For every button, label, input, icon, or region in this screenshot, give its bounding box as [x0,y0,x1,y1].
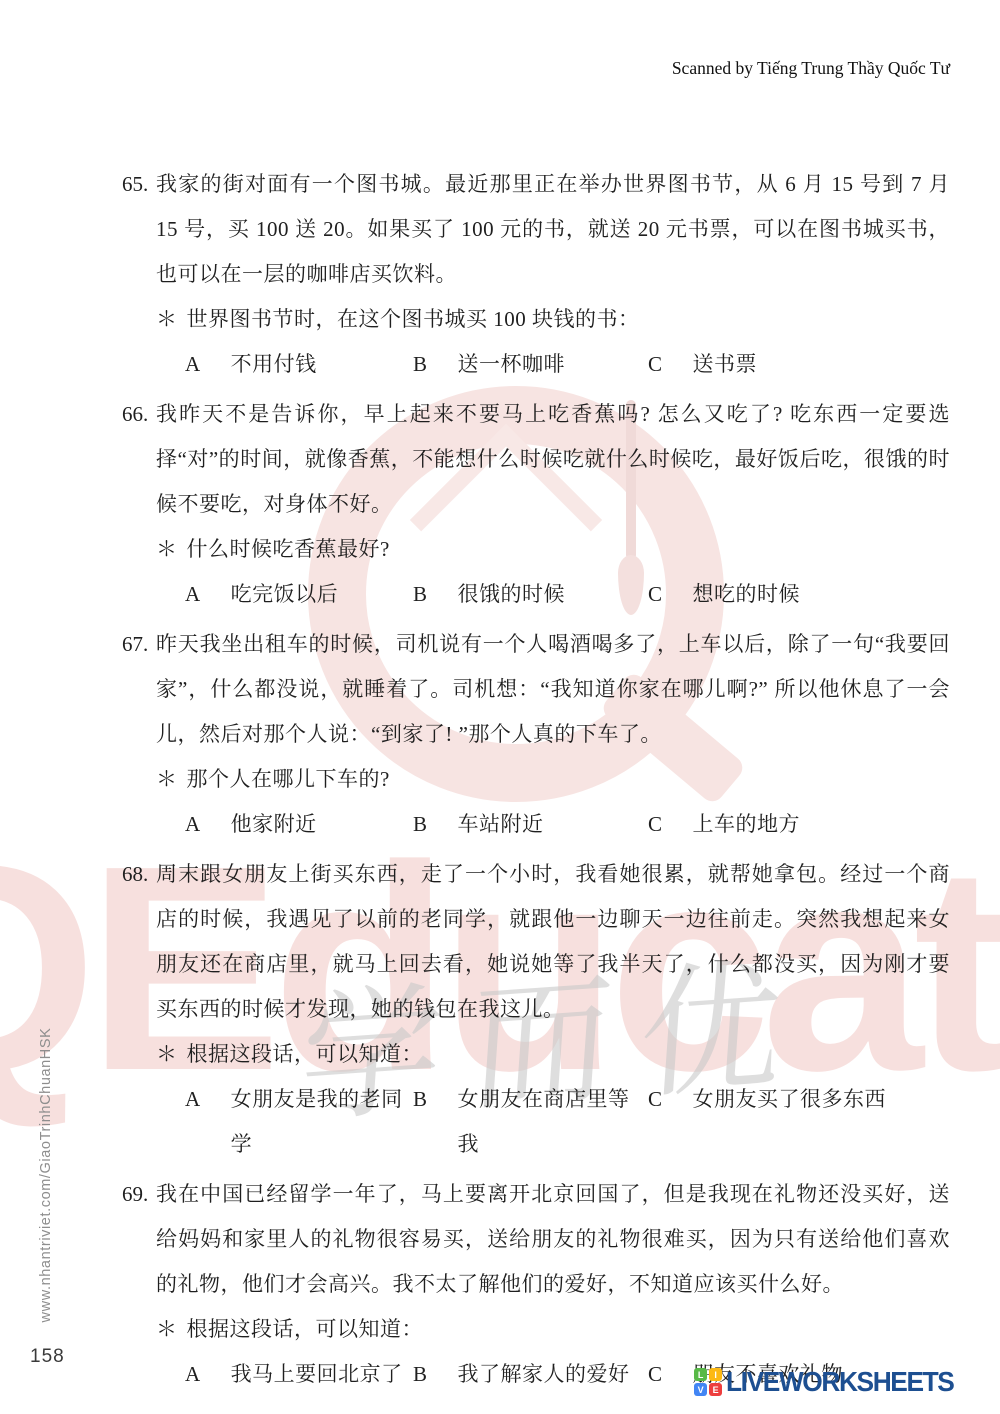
option-letter: A [185,572,201,617]
question-prompt: ＊那个人在哪儿下车的? [156,757,950,802]
option-text: 上车的地方 [693,802,801,847]
question-passage: 我家的街对面有一个图书城。最近那里正在举办世界图书节，从 6 月 15 号到 7… [156,162,950,297]
option-a: A我马上要回北京了 [185,1352,413,1397]
question-prompt: ＊世界图书节时，在这个图书城买 100 块钱的书： [156,297,950,342]
option-text: 想吃的时候 [693,572,801,617]
question-number: 67. [122,622,156,847]
options-row: A不用付钱 B送一杯咖啡 C送书票 [156,342,950,387]
prompt-text: 世界图书节时，在这个图书城买 100 块钱的书： [187,307,640,331]
questions-section: 65. 我家的街对面有一个图书城。最近那里正在举办世界图书节，从 6 月 15 … [122,162,950,1402]
option-b: B很饿的时候 [413,572,648,617]
option-text: 女朋友是我的老同学 [231,1077,413,1167]
asterisk-marker: ＊ [156,767,178,791]
option-text: 女朋友买了很多东西 [693,1077,887,1167]
scan-credit-text: Scanned by Tiếng Trung Thầy Quốc Tư [672,58,950,79]
prompt-text: 根据这段话，可以知道： [187,1042,424,1066]
question-69: 69. 我在中国已经留学一年了，马上要离开北京回国了，但是我现在礼物还没买好，送… [122,1172,950,1397]
option-c: C送书票 [648,342,757,387]
option-text: 他家附近 [231,802,317,847]
option-letter: A [185,1077,201,1167]
options-row: A他家附近 B车站附近 C上车的地方 [156,802,950,847]
option-text: 吃完饭以后 [231,572,339,617]
option-c: C上车的地方 [648,802,800,847]
option-letter: C [648,1077,663,1167]
liveworksheets-wordmark: LIVEWORKSHEETS [726,1366,953,1398]
question-65: 65. 我家的街对面有一个图书城。最近那里正在举办世界图书节，从 6 月 15 … [122,162,950,387]
question-passage: 我在中国已经留学一年了，马上要离开北京回国了，但是我现在礼物还没买好，送给妈妈和… [156,1172,950,1307]
asterisk-marker: ＊ [156,1042,178,1066]
scanned-page: { "header": { "scanned_by": "Scanned by … [0,0,1000,1414]
option-letter: B [413,1352,428,1397]
logo-square-i: I [709,1368,722,1381]
option-b: B我了解家人的爱好 [413,1352,648,1397]
question-number: 68. [122,852,156,1167]
option-c: C想吃的时候 [648,572,800,617]
liveworksheets-grid-icon: L I V E [694,1368,722,1396]
question-68: 68. 周末跟女朋友上街买东西，走了一个小时，我看她很累，就帮她拿包。经过一个商… [122,852,950,1167]
asterisk-marker: ＊ [156,307,178,331]
option-text: 女朋友在商店里等我 [458,1077,648,1167]
option-b: B车站附近 [413,802,648,847]
options-row: A吃完饭以后 B很饿的时候 C想吃的时候 [156,572,950,617]
option-text: 我了解家人的爱好 [458,1352,630,1397]
prompt-text: 什么时候吃香蕉最好? [187,537,390,561]
asterisk-marker: ＊ [156,537,178,561]
option-text: 我马上要回北京了 [231,1352,403,1397]
option-a: A不用付钱 [185,342,413,387]
prompt-text: 根据这段话，可以知道： [187,1317,424,1341]
option-a: A他家附近 [185,802,413,847]
option-letter: C [648,1352,663,1397]
question-prompt: ＊根据这段话，可以知道： [156,1032,950,1077]
question-number: 65. [122,162,156,387]
option-letter: B [413,1077,428,1167]
prompt-text: 那个人在哪儿下车的? [187,767,390,791]
option-letter: B [413,572,428,617]
option-text: 送书票 [693,342,758,387]
option-text: 很饿的时候 [458,572,566,617]
question-passage: 昨天我坐出租车的时候，司机说有一个人喝酒喝多了，上车以后，除了一句“我要回家”，… [156,622,950,757]
question-66: 66. 我昨天不是告诉你，早上起来不要马上吃香蕉吗? 怎么又吃了? 吃东西一定要… [122,392,950,617]
page-number: 158 [30,1346,65,1368]
question-prompt: ＊什么时候吃香蕉最好? [156,527,950,572]
question-passage: 我昨天不是告诉你，早上起来不要马上吃香蕉吗? 怎么又吃了? 吃东西一定要选择“对… [156,392,950,527]
option-letter: C [648,342,663,387]
sidebar-url-vertical: www.nhantriviet.com/GiaoTrinhChuanHSK [38,1025,54,1325]
question-number: 66. [122,392,156,617]
logo-square-l: L [694,1368,707,1381]
question-67: 67. 昨天我坐出租车的时候，司机说有一个人喝酒喝多了，上车以后，除了一句“我要… [122,622,950,847]
option-letter: C [648,802,663,847]
logo-square-e: E [709,1383,722,1396]
option-c: C女朋友买了很多东西 [648,1077,886,1167]
option-b: B女朋友在商店里等我 [413,1077,648,1167]
asterisk-marker: ＊ [156,1317,178,1341]
option-a: A吃完饭以后 [185,572,413,617]
question-number: 69. [122,1172,156,1397]
question-prompt: ＊根据这段话，可以知道： [156,1307,950,1352]
option-text: 车站附近 [458,802,544,847]
option-letter: A [185,1352,201,1397]
option-text: 送一杯咖啡 [458,342,566,387]
option-text: 不用付钱 [231,342,317,387]
options-row: A女朋友是我的老同学 B女朋友在商店里等我 C女朋友买了很多东西 [156,1077,950,1167]
logo-square-v: V [694,1383,707,1396]
option-letter: C [648,572,663,617]
option-letter: A [185,342,201,387]
option-letter: A [185,802,201,847]
option-letter: B [413,342,428,387]
option-letter: B [413,802,428,847]
question-passage: 周末跟女朋友上街买东西，走了一个小时，我看她很累，就帮她拿包。经过一个商店的时候… [156,852,950,1032]
option-b: B送一杯咖啡 [413,342,648,387]
option-a: A女朋友是我的老同学 [185,1077,413,1167]
liveworksheets-logo[interactable]: L I V E LIVEWORKSHEETS [694,1366,968,1398]
